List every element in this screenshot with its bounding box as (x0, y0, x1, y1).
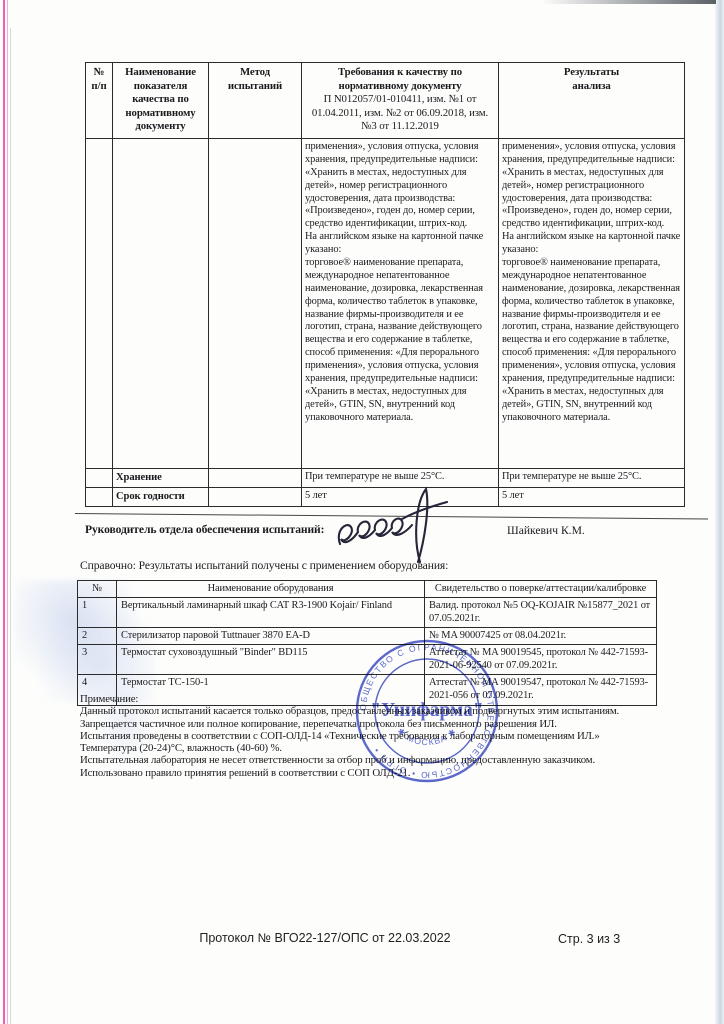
requirement-text: применения», условия отпуска, условия хр… (302, 139, 499, 469)
col-header-requirements: Требования к качеству по нормативному до… (302, 63, 499, 139)
scan-edge-right-band (714, 0, 724, 1024)
col-header-results: Результаты анализа (499, 63, 684, 139)
storage-row-label: Хранение (113, 469, 209, 488)
stamp-company-name: "Унифарма" (370, 700, 484, 721)
equipment-header-certificate: Свидетельство о поверке/аттестации/калиб… (425, 581, 656, 598)
body-method-empty (209, 139, 302, 469)
shelf-life-row-method (209, 488, 302, 506)
requirements-title: Требования к качеству по нормативному до… (338, 66, 462, 92)
equipment-header-num: № (78, 581, 117, 598)
result-text: применения», условия отпуска, условия хр… (499, 139, 684, 469)
footer-page-number: Стр. 3 из 3 (558, 932, 620, 946)
storage-row-result: При температуре не выше 25°С. (499, 469, 684, 488)
body-indicator-empty (113, 139, 209, 469)
reference-line: Справочно: Результаты испытаний получены… (80, 559, 448, 572)
col-header-method: Метод испытаний (209, 63, 302, 139)
equipment-row-num: 3 (78, 645, 117, 675)
scan-edge-pink-line-2 (7, 0, 8, 1024)
storage-row-num (86, 469, 113, 488)
signatory-role-label: Руководитель отдела обеспечения испытани… (85, 523, 324, 536)
equipment-header-name: Наименование оборудования (117, 581, 425, 598)
equipment-row-name: Вертикальный ламинарный шкаф CAT R3-1900… (117, 598, 425, 628)
scan-edge-pink-line (3, 0, 5, 1024)
storage-row-method (209, 469, 302, 488)
signatory-name: Шайкевич К.М. (507, 524, 585, 537)
handwritten-signature (330, 486, 460, 570)
body-num-empty (86, 139, 113, 469)
equipment-row-num: 1 (78, 598, 117, 628)
stamp-city-text: ✱ МОСКВА ✱ (395, 726, 458, 747)
results-table: № п/п Наименование показателя качества п… (85, 62, 685, 507)
requirements-document-ref: П N012057/01-010411, изм. №1 от 01.04.20… (305, 93, 495, 134)
shelf-life-row-result: 5 лет (499, 488, 684, 506)
scan-edge-top-streak (541, 0, 716, 4)
col-header-num: № п/п (86, 63, 113, 139)
company-stamp: ОБЩЕСТВО С ОГРАНИЧЕННОЙ ОТВЕТСТВЕННОСТЬЮ… (352, 636, 502, 786)
scan-edge-gray-line (10, 28, 11, 1024)
shelf-life-row-num (86, 488, 113, 506)
equipment-row-certificate: Валид. протокол №5 OQ-KOJAIR №15877_2021… (425, 598, 656, 628)
shelf-life-row-label: Срок годности (113, 488, 209, 506)
footer-protocol-number: Протокол № ВГО22-127/ОПС от 22.03.2022 (160, 931, 490, 945)
equipment-row-num: 2 (78, 628, 117, 645)
col-header-indicator: Наименование показателя качества по норм… (113, 63, 209, 139)
